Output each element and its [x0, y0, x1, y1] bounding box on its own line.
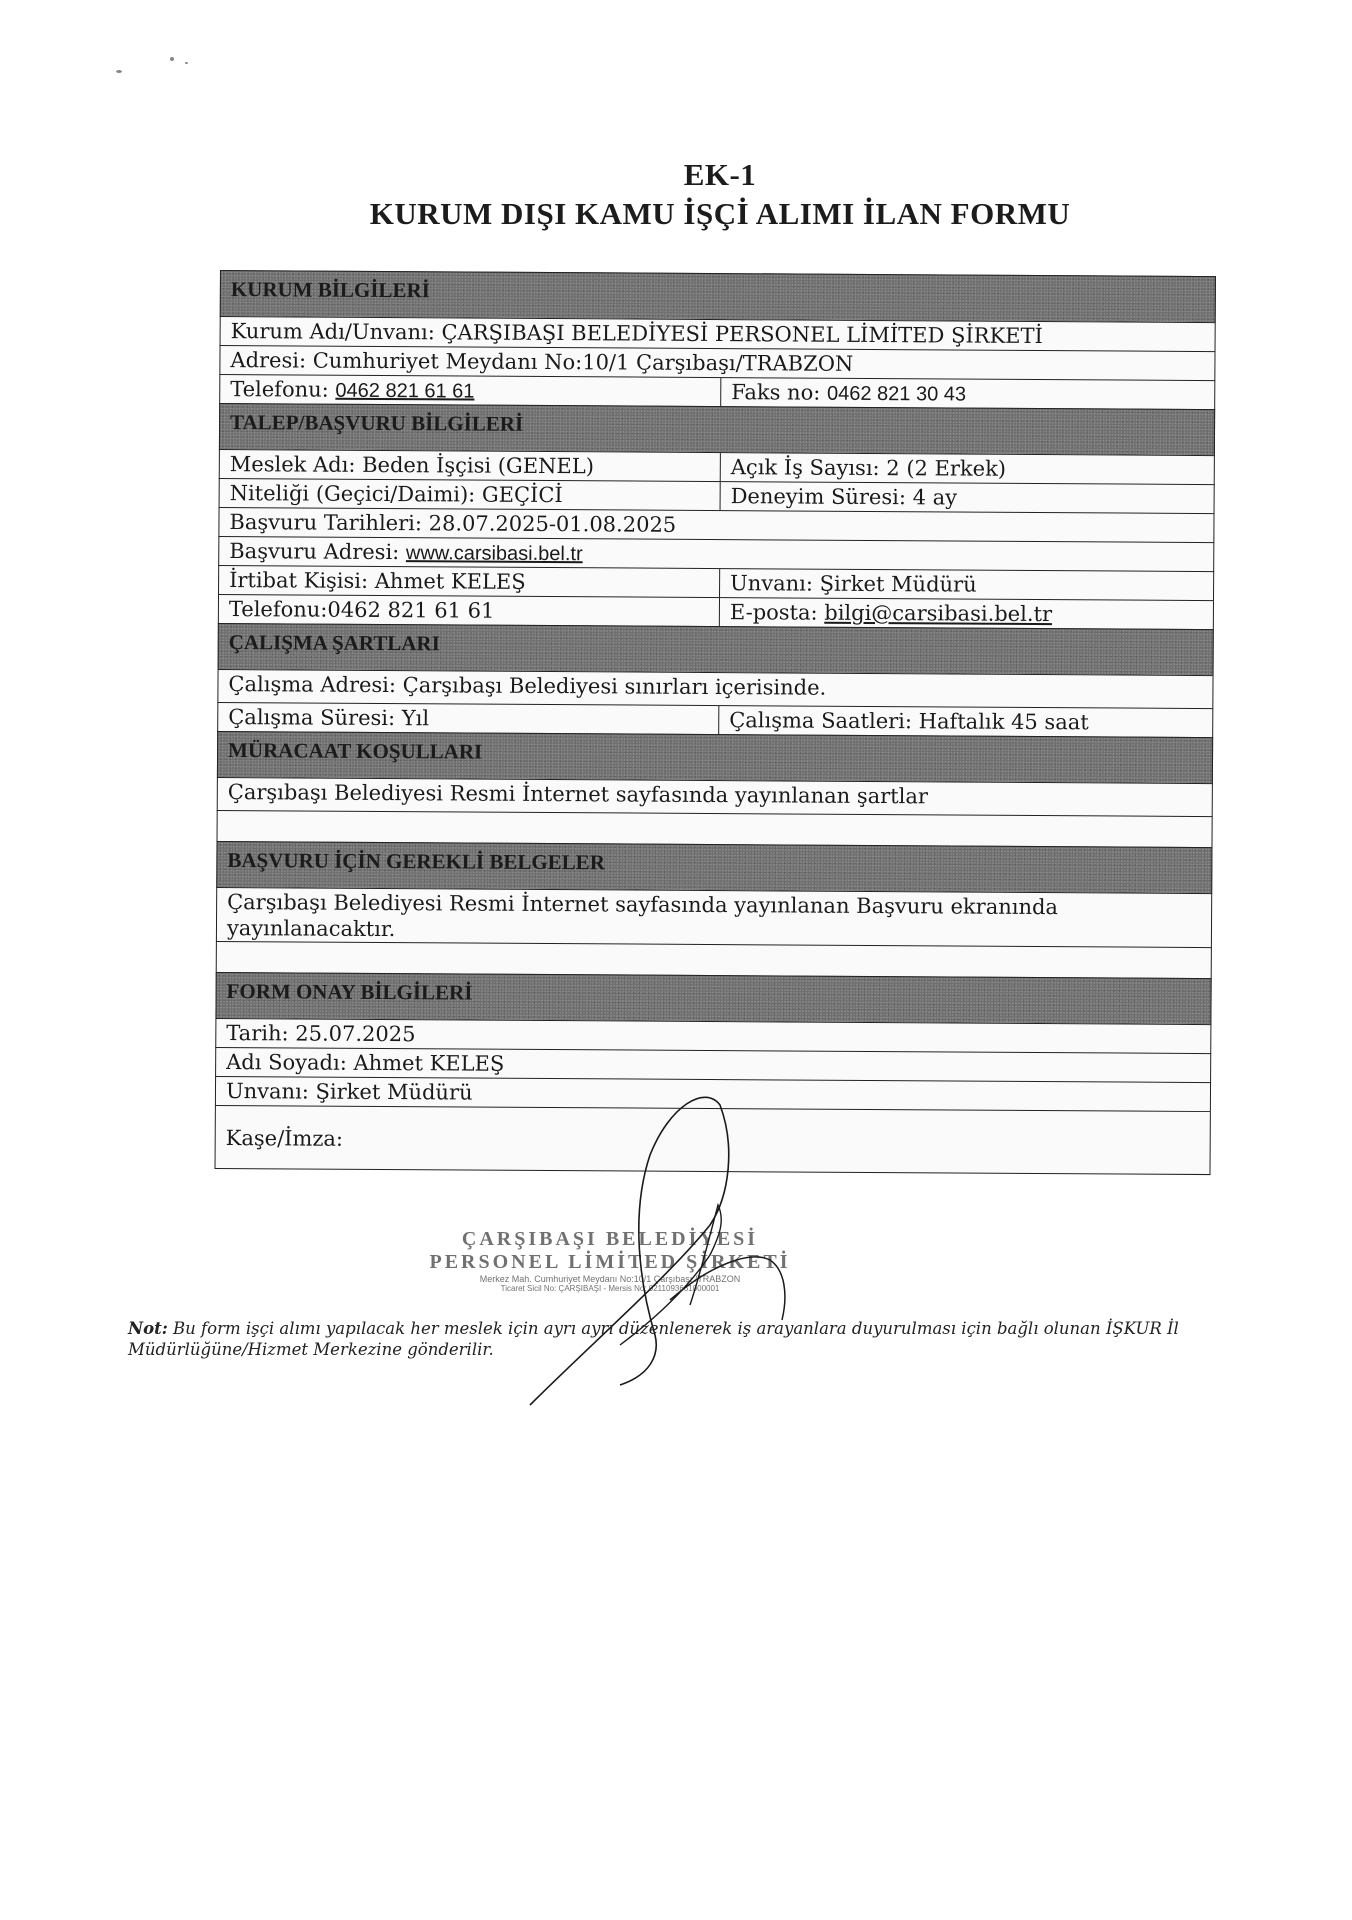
institution-phone-cell: Telefonu: 0462 821 61 61 [220, 375, 721, 406]
footnote-label: Not: [128, 1319, 168, 1338]
stamp-line-1: ÇARŞIBAŞI BELEDİYESİ [425, 1228, 795, 1251]
work-hours: Çalışma Saatleri: Haftalık 45 saat [719, 706, 1212, 737]
form-row: Başvuru Tarihleri: 28.07.2025-01.08.2025 [218, 507, 1214, 542]
form-row: Unvanı: Şirket Müdürü [215, 1076, 1211, 1111]
footnote: Not: Bu form işçi alımı yapılacak her me… [128, 1318, 1288, 1360]
empty-cell [218, 811, 1212, 847]
stamp-line-3: Merkez Mah. Cumhuriyet Meydanı No:10/1 Ç… [425, 1274, 795, 1284]
contact-email-link[interactable]: bilgi@carsibasi.bel.tr [824, 601, 1052, 626]
form-row: Kurum Adı/Unvanı: ÇARŞIBAŞI BELEDİYESİ P… [220, 316, 1216, 351]
form-row: Çarşıbaşı Belediyesi Resmi İnternet sayf… [217, 777, 1213, 816]
form-row: Çarşıbaşı Belediyesi Resmi İnternet sayf… [216, 887, 1212, 947]
section-heading-muracaat: MÜRACAAT KOŞULLARI [217, 731, 1213, 783]
form-row: Tarih: 25.07.2025 [215, 1018, 1211, 1053]
form-row: Çalışma Adresi: Çarşıbaşı Belediyesi sın… [217, 669, 1213, 708]
open-positions: Açık İş Sayısı: 2 (2 Erkek) [721, 453, 1214, 484]
section-heading-onay: FORM ONAY BİLGİLERİ [215, 972, 1211, 1024]
form-row: Kaşe/İmza: [215, 1105, 1211, 1175]
section-heading-calisma: ÇALIŞMA ŞARTLARI [218, 623, 1214, 675]
section-heading-talep: TALEP/BAŞVURU BİLGİLERİ [219, 403, 1215, 455]
experience-duration: Deneyim Süresi: 4 ay [721, 482, 1214, 513]
form-row: Meslek Adı: Beden İşçisi (GENEL) Açık İş… [219, 449, 1215, 484]
form-row-empty [216, 941, 1212, 978]
institution-fax: 0462 821 30 43 [827, 383, 966, 406]
application-website-link[interactable]: www.carsibasi.bel.tr [406, 542, 583, 565]
company-stamp: ÇARŞIBAŞI BELEDİYESİ PERSONEL LİMİTED Şİ… [425, 1228, 795, 1293]
fax-label: Faks no: [731, 380, 827, 405]
occupation-name: Meslek Adı: Beden İşçisi (GENEL) [220, 450, 721, 481]
required-documents: Çarşıbaşı Belediyesi Resmi İnternet sayf… [217, 888, 1211, 947]
scan-speck [185, 62, 188, 64]
form-row: Adresi: Cumhuriyet Meydanı No:10/1 Çarşı… [219, 345, 1215, 380]
phone-label: Telefonu: [230, 377, 335, 402]
footnote-text: Bu form işçi alımı yapılacak her meslek … [128, 1319, 1179, 1359]
form-row: Adı Soyadı: Ahmet KELEŞ [215, 1047, 1211, 1082]
empty-cell [217, 942, 1211, 978]
institution-fax-cell: Faks no: 0462 821 30 43 [721, 378, 1214, 409]
form-row: Niteliği (Geçici/Daimi): GEÇİCİ Deneyim … [219, 478, 1215, 513]
form-row: Başvuru Adresi: www.carsibasi.bel.tr [218, 536, 1214, 571]
stamp-line-4: Ticaret Sicil No: ÇARŞIBAŞI - Mersis No:… [425, 1284, 795, 1293]
work-duration: Çalışma Süresi: Yıl [218, 703, 719, 734]
contact-email-cell: E-posta: bilgi@carsibasi.bel.tr [720, 598, 1213, 629]
contact-title: Unvanı: Şirket Müdürü [720, 569, 1213, 600]
form-row-empty [217, 810, 1213, 847]
document-header: EK-1 KURUM DIŞI KAMU İŞÇİ ALIMI İLAN FOR… [0, 156, 1352, 234]
application-conditions: Çarşıbaşı Belediyesi Resmi İnternet sayf… [218, 778, 1212, 816]
scan-speck [116, 70, 122, 73]
application-address-label: Başvuru Adresi: [229, 539, 406, 564]
form-row: İrtibat Kişisi: Ahmet KELEŞ Unvanı: Şirk… [218, 565, 1214, 600]
stamp-signature-label: Kaşe/İmza: [216, 1123, 1210, 1156]
section-heading-belgeler: BAŞVURU İÇİN GEREKLİ BELGELER [216, 841, 1212, 893]
form-title: KURUM DIŞI KAMU İŞÇİ ALIMI İLAN FORMU [0, 194, 1352, 234]
job-posting-form: KURUM BİLGİLERİ Kurum Adı/Unvanı: ÇARŞIB… [215, 270, 1216, 1175]
email-label: E-posta: [730, 600, 825, 625]
contact-person: İrtibat Kişisi: Ahmet KELEŞ [219, 566, 720, 597]
stamp-line-2: PERSONEL LİMİTED ŞİRKETİ [425, 1251, 795, 1274]
job-nature: Niteliği (Geçici/Daimi): GEÇİCİ [220, 479, 721, 510]
scan-speck [170, 57, 174, 61]
work-address: Çalışma Adresi: Çarşıbaşı Belediyesi sın… [218, 670, 1212, 708]
annex-label: EK-1 [0, 156, 1352, 194]
form-row: Telefonu: 0462 821 61 61 Faks no: 0462 8… [219, 374, 1215, 409]
form-row: Çalışma Süresi: Yıl Çalışma Saatleri: Ha… [217, 702, 1213, 737]
section-heading-kurum: KURUM BİLGİLERİ [220, 270, 1216, 322]
contact-phone: Telefonu:0462 821 61 61 [219, 595, 720, 626]
institution-phone[interactable]: 0462 821 61 61 [335, 380, 474, 403]
form-row: Telefonu:0462 821 61 61 E-posta: bilgi@c… [218, 594, 1214, 629]
